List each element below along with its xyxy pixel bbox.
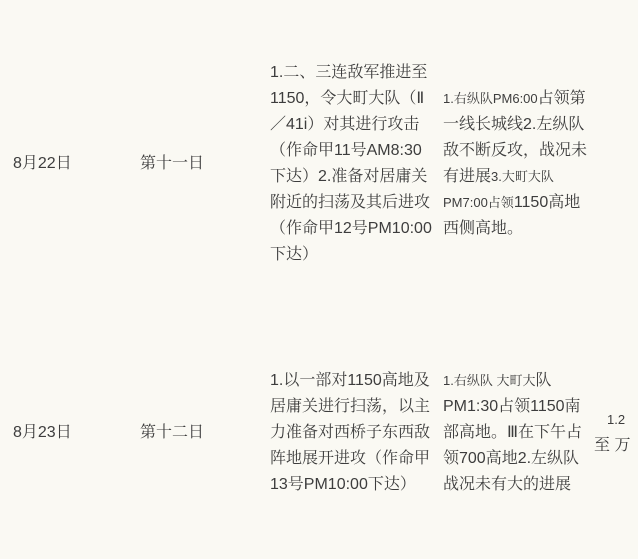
text-run: 1.二、三连敌军推进至1150，令大町大队（Ⅱ／41i）对其进行攻击（作命甲11… xyxy=(270,64,432,263)
text-run: 1.以一部对1150高地及居庸关进行扫荡，以主力准备对西桥子东西敌阵地展开进攻（… xyxy=(270,372,430,493)
row1-date-cell: 8月22日 xyxy=(13,151,72,177)
row2-date-cell: 8月23日 xyxy=(13,420,72,446)
text-run: 1.右纵队 大町大 xyxy=(443,373,535,388)
row1-day-number-cell: 第十一日 xyxy=(140,151,204,177)
text-run: 至 万 xyxy=(594,433,638,459)
campaign-log-table: 8月22日 第十一日 1.二、三连敌军推进至1150，令大町大队（Ⅱ／41i）对… xyxy=(0,0,638,559)
row2-results-cell: 1.右纵队 大町大队PM1:30占领1150南部高地。Ⅲ在下午占领700高地2.… xyxy=(443,368,590,498)
row1-orders-cell: 1.二、三连敌军推进至1150，令大町大队（Ⅱ／41i）对其进行攻击（作命甲11… xyxy=(270,60,435,268)
text-run: 队PM1:30占领1150南部高地。Ⅲ在下午占领700高地2.左纵队 战况未有大… xyxy=(443,372,582,493)
row2-truncated-cell: 1.2至 万 xyxy=(594,407,638,459)
row1-results-cell: 1.右纵队PM6:00占领第一线长城线2.左纵队 敌不断反攻，战况未有进展3.大… xyxy=(443,86,590,242)
text-run: 1.2 xyxy=(594,407,638,433)
row2-orders-cell: 1.以一部对1150高地及居庸关进行扫荡，以主力准备对西桥子东西敌阵地展开进攻（… xyxy=(270,368,435,498)
row2-day-number-cell: 第十二日 xyxy=(140,420,204,446)
text-run: 1.右纵队PM6:00 xyxy=(443,91,538,106)
